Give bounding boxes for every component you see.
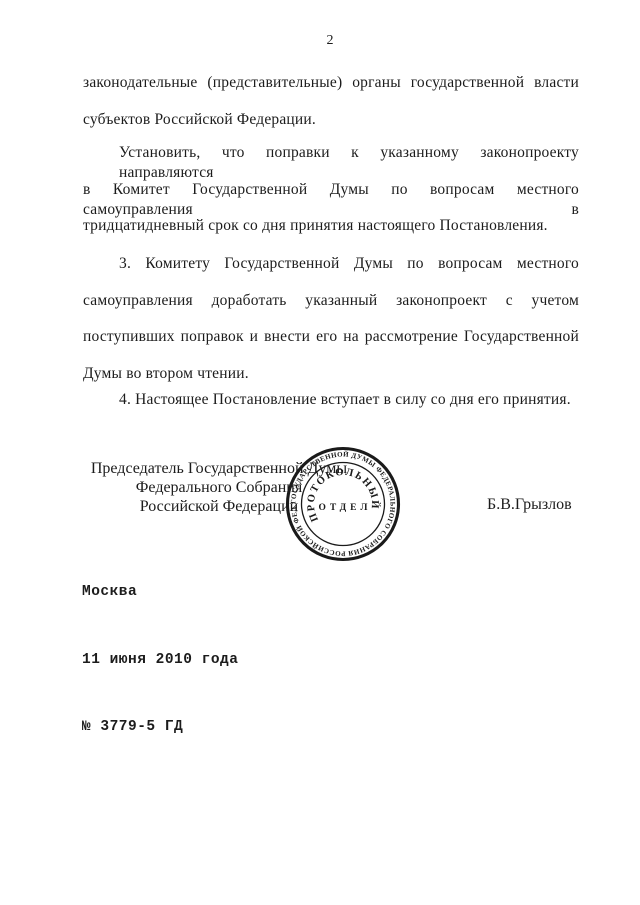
paragraph-line: в Комитет Государственной Думы по вопрос… xyxy=(83,180,579,217)
paragraph-line: поступивших поправок и внести его на рас… xyxy=(83,327,579,364)
signature-name: Б.В.Грызлов xyxy=(487,496,572,514)
paragraph-3: 3. Комитету Государственной Думы по вопр… xyxy=(83,254,579,400)
document-page: 2 законодательные (представительные) орг… xyxy=(0,0,640,905)
stamp-arc-text: ПРОТОКОЛЬНЫЙ xyxy=(306,467,381,523)
paragraph-line: законодательные (представительные) орган… xyxy=(83,73,579,110)
paragraph-line: Установить, что поправки к указанному за… xyxy=(83,143,579,180)
paragraph-line: 3. Комитету Государственной Думы по вопр… xyxy=(83,254,579,291)
stamp-center-text: ОТДЕЛ xyxy=(319,503,372,513)
protocol-department-stamp-icon: ГОСУДАРСТВЕННОЙ ДУМЫ ФЕДЕРАЛЬНОГО СОБРАН… xyxy=(283,444,403,564)
footer-date: 11 июня 2010 года xyxy=(82,649,238,672)
paragraph-line: самоуправления доработать указанный зако… xyxy=(83,291,579,328)
footer-block: Москва 11 июня 2010 года № 3779-5 ГД xyxy=(82,536,238,784)
paragraph-4: 4. Настоящее Постановление вступает в си… xyxy=(83,390,579,427)
footer-city: Москва xyxy=(82,581,238,604)
paragraph-line: 4. Настоящее Постановление вступает в си… xyxy=(83,390,579,427)
footer-number: № 3779-5 ГД xyxy=(82,716,238,739)
paragraph-line: тридцатидневный срок со дня принятия нас… xyxy=(83,216,579,253)
paragraph-1: законодательные (представительные) орган… xyxy=(83,73,579,146)
paragraph-2: Установить, что поправки к указанному за… xyxy=(83,143,579,253)
paragraph-line: субъектов Российской Федерации. xyxy=(83,110,579,147)
page-number: 2 xyxy=(83,33,577,49)
